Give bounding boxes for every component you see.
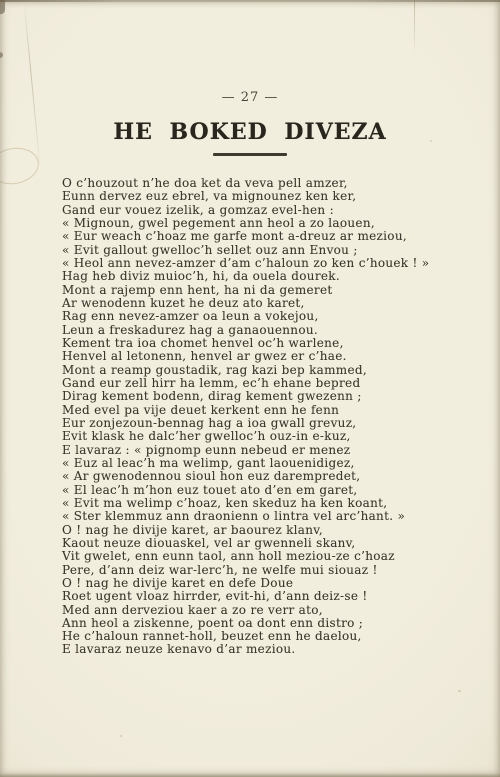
paper-speck: [458, 690, 461, 692]
poem-line: Dirag kement bodenn, dirag kement gwezen…: [62, 390, 480, 403]
poem-line: Eur zonjezoun-bennag hag a ioa gwall gre…: [62, 417, 480, 430]
scanned-book-page: — 27 — HE BOKED DIVEZA O c’houzout n’he …: [0, 0, 500, 777]
poem-line: Pere, d’ann deiz war-lerc’h, ne welfe mu…: [62, 564, 480, 577]
poem-line: O c’houzout n’he doa ket da veva pell am…: [62, 177, 480, 190]
poem-line: Leun a freskadurez hag a ganaouennou.: [62, 324, 480, 337]
poem-line: Gand eur vouez izelik, a gomzaz evel-hen…: [62, 204, 480, 217]
poem-line: Med evel pa vije deuet kerkent enn he fe…: [62, 404, 480, 417]
poem-line: Roet ugent vloaz hirrder, evit-hi, d’ann…: [62, 590, 480, 603]
left-edge-mark: [0, 52, 3, 58]
poem-line: « Mignoun, gwel pegement ann heol a zo l…: [62, 217, 480, 230]
poem-line: Ar wenodenn kuzet he deuz ato karet,: [62, 297, 480, 310]
poem-line: E lavaraz : « pignomp eunn nebeud er men…: [62, 444, 480, 457]
poem-line: Kement tra ioa chomet henvel oc’h warlen…: [62, 337, 480, 350]
poem-line: Vit gwelet, enn eunn taol, ann holl mezi…: [62, 550, 480, 563]
poem-body: O c’houzout n’he doa ket da veva pell am…: [62, 177, 480, 657]
paper-speck: [120, 735, 122, 737]
stain-mark: [0, 144, 42, 188]
page-number: — 27 —: [0, 90, 500, 105]
poem-line: Ann heol a ziskenne, poent oa dont enn d…: [62, 617, 480, 630]
poem-line: « Heol ann nevez-amzer d’am c’haloun zo …: [62, 257, 480, 270]
poem-line: Hag heb diviz muioc’h, hi, da ouela dour…: [62, 270, 480, 283]
poem-line: Eunn dervez euz ebrel, va mignounez ken …: [62, 190, 480, 203]
poem-line: « Ster klemmuz ann draonienn o lintra ve…: [62, 510, 480, 523]
poem-line: Rag enn nevez-amzer oa leun a vokejou,: [62, 310, 480, 323]
title-divider-rule: [213, 153, 287, 156]
poem-line: E lavaraz neuze kenavo d’ar meziou.: [62, 643, 480, 656]
poem-line: He c’haloun rannet-holl, beuzet enn he d…: [62, 630, 480, 643]
poem-line: « Evit ma welimp c’hoaz, ken skeduz ha k…: [62, 497, 480, 510]
poem-line: Gand eur zell hirr ha lemm, ec’h ehane b…: [62, 377, 480, 390]
poem-line: Evit klask he dalc’her gwelloc’h ouz-in …: [62, 430, 480, 443]
poem-line: Henvel al letonenn, henvel ar gwez er c’…: [62, 350, 480, 363]
poem-line: O ! nag he divije karet, ar baourez klan…: [62, 524, 480, 537]
poem-line: « Evit gallout gwelloc’h sellet ouz ann …: [62, 244, 480, 257]
poem-line: Mont a rajemp enn hent, ha ni da gemeret: [62, 284, 480, 297]
crease-line-right: [414, 0, 415, 56]
poem-line: « El leac’h m’hon euz touet ato d’en em …: [62, 484, 480, 497]
poem-line: « Eur weach c’hoaz me garfe mont a-dreuz…: [62, 230, 480, 243]
page-top-edge-shadow: [0, 0, 500, 2]
poem-line: « Euz al leac’h ma welimp, gant laouenid…: [62, 457, 480, 470]
page-bottom-edge-shadow: [0, 773, 500, 777]
poem-title: HE BOKED DIVEZA: [0, 119, 500, 145]
poem-line: Med ann derveziou kaer a zo re verr ato,: [62, 604, 480, 617]
poem-line: Kaout neuze diouaskel, vel ar gwenneli s…: [62, 537, 480, 550]
poem-line: « Ar gwenodennou sioul hon euz darempred…: [62, 470, 480, 483]
poem-line: O ! nag he divije karet en defe Doue: [62, 577, 480, 590]
poem-line: Mont a reamp goustadik, rag kazi bep kam…: [62, 364, 480, 377]
top-left-corner-mark: [0, 0, 5, 14]
